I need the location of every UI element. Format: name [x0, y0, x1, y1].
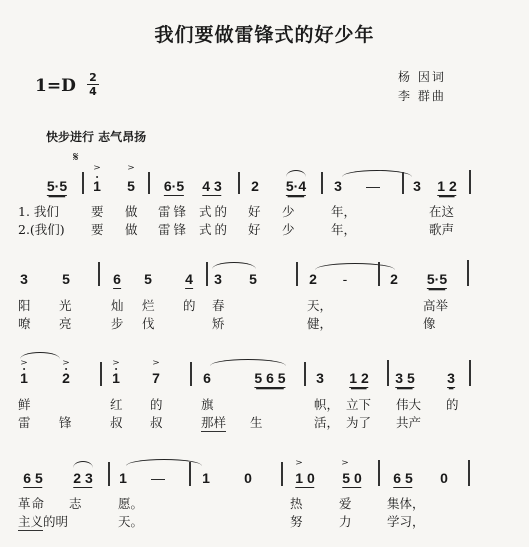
- slur: [73, 461, 93, 468]
- note: 1 2: [437, 178, 456, 196]
- note: 2: [390, 271, 398, 287]
- lyric: 伐: [142, 314, 155, 332]
- tempo-marking: 快步进行 志气昂扬: [46, 128, 146, 145]
- lyric: 灿: [111, 296, 124, 314]
- barline: [469, 360, 471, 386]
- lyric: 健，: [307, 314, 332, 332]
- note: 5·5: [47, 178, 67, 196]
- time-denominator: 4: [87, 85, 99, 98]
- barline: [82, 172, 84, 194]
- note: 6: [113, 271, 121, 289]
- lyric: 嘹: [18, 314, 31, 332]
- note: 2: [309, 271, 317, 287]
- time-numerator: 2: [87, 71, 99, 85]
- accent-icon: >: [295, 459, 303, 468]
- note: 5: [62, 271, 70, 287]
- slur: [286, 170, 306, 177]
- note: 3: [316, 370, 324, 386]
- lyric: 的明: [43, 512, 68, 530]
- barline: [281, 462, 283, 486]
- lyric: 的: [183, 296, 196, 314]
- note: 5 0: [342, 470, 361, 488]
- note: 3 5: [395, 370, 414, 388]
- lyric: 像: [423, 314, 436, 332]
- lyric: 步: [111, 314, 124, 332]
- lyric: 好: [248, 202, 261, 220]
- barline: [100, 362, 102, 386]
- lyric: 学习，: [387, 512, 425, 530]
- lyric: 鲜: [18, 395, 31, 413]
- note-text: 2: [62, 370, 70, 386]
- barline: [467, 260, 469, 286]
- lyric: 的: [150, 395, 163, 413]
- note: 0: [440, 470, 448, 486]
- lyric: 力: [339, 512, 352, 530]
- lyric: 式的: [199, 220, 230, 238]
- accent-icon: >: [152, 359, 160, 368]
- lyric: 天，: [307, 296, 332, 314]
- barline: [296, 262, 298, 286]
- note: 4 3: [202, 178, 221, 196]
- lyric: 阳: [18, 296, 31, 314]
- barline: [190, 362, 192, 386]
- note: 3: [447, 370, 455, 388]
- note: 1: [112, 370, 120, 386]
- lyric: 少: [282, 202, 295, 220]
- lyric: 旗: [201, 395, 214, 413]
- lyric: 光: [59, 296, 72, 314]
- barline: [238, 172, 240, 194]
- note: 4: [185, 271, 193, 289]
- note: 5·5: [427, 271, 447, 289]
- barline: [469, 170, 471, 194]
- note-text: 6·5: [164, 178, 184, 194]
- lyricist-credit: 杨 因词: [398, 68, 446, 85]
- lyric: 的: [446, 395, 459, 413]
- note: 6 5: [23, 470, 42, 488]
- barline: [148, 172, 150, 194]
- accent-icon: >: [112, 359, 120, 368]
- lyric: 1. 我们: [18, 202, 59, 220]
- lyric: 烂: [142, 296, 155, 314]
- segno-icon: 𝄋: [73, 150, 79, 165]
- barline: [402, 172, 404, 194]
- note: 1 2: [349, 370, 368, 388]
- lyric: 帜，: [314, 395, 339, 413]
- note: 2: [62, 370, 70, 386]
- lyric: 雷锋: [158, 220, 189, 238]
- slur: [212, 262, 256, 269]
- note-extend: —: [151, 470, 165, 486]
- lyric: 共产: [396, 413, 421, 431]
- lyric: 立下: [346, 395, 371, 413]
- lyric: 愿。: [118, 494, 143, 512]
- lyric: 生: [250, 413, 263, 431]
- barline: [468, 460, 470, 486]
- lyric: 要: [91, 220, 104, 238]
- barline: [378, 460, 380, 486]
- lyric: 天。: [118, 512, 143, 530]
- lyric: 式的: [199, 202, 230, 220]
- lyric: 少: [282, 220, 295, 238]
- accent-icon: >: [20, 359, 28, 368]
- note-text: 1 0: [295, 470, 314, 486]
- time-signature: 2 4: [87, 71, 99, 98]
- lyric: 高举: [423, 296, 448, 314]
- lyric: 锋: [59, 413, 72, 431]
- note: 5 6 5: [254, 370, 285, 388]
- note: 7: [152, 370, 160, 386]
- tie: [126, 459, 202, 466]
- lyric: 要: [91, 202, 104, 220]
- lyric: 矫: [212, 314, 225, 332]
- lyric: 那样: [201, 413, 226, 432]
- note: 6: [203, 370, 211, 386]
- barline: [304, 362, 306, 386]
- lyric: 爱: [339, 494, 352, 512]
- key-signature: 1=D: [35, 76, 76, 96]
- lyric: 主义: [18, 512, 43, 531]
- note-text: 1: [93, 178, 101, 194]
- note: 5: [249, 271, 257, 287]
- lyric: 热: [290, 494, 303, 512]
- lyric: 年，: [331, 220, 356, 238]
- lyric: 年，: [331, 202, 356, 220]
- lyric: 歌声: [429, 220, 454, 238]
- lyric: 叔: [150, 413, 163, 431]
- barline: [189, 462, 191, 486]
- note: 5·4: [286, 178, 306, 196]
- tie: [315, 263, 395, 270]
- accent-icon: >: [93, 164, 101, 173]
- accent-icon: >: [127, 164, 135, 173]
- barline: [206, 262, 208, 286]
- lyric: 红: [110, 395, 123, 413]
- slur: [210, 359, 286, 366]
- note: 1: [119, 470, 127, 486]
- barline: [387, 360, 389, 386]
- note-extend: —: [366, 178, 380, 194]
- lyric: 活，: [314, 413, 339, 431]
- note-text: 1: [112, 370, 120, 386]
- barline: [108, 462, 110, 486]
- note: 1: [20, 370, 28, 386]
- note: 1: [202, 470, 210, 486]
- note: 2: [251, 178, 259, 194]
- lyric: 好: [248, 220, 261, 238]
- lyric: 为了: [346, 413, 371, 431]
- lyric: 伟大: [396, 395, 421, 413]
- barline: [98, 262, 100, 286]
- lyric: 集体，: [387, 494, 425, 512]
- accent-icon: >: [62, 359, 70, 368]
- song-title: 我们要做雷锋式的好少年: [0, 20, 529, 47]
- note: 1: [93, 178, 101, 194]
- note: 5: [144, 271, 152, 287]
- lyric: 叔: [110, 413, 123, 431]
- note: 2 3: [73, 470, 92, 488]
- lyric: 春: [212, 296, 225, 314]
- note: 5: [127, 178, 135, 194]
- lyric: 2.(我们): [18, 220, 65, 238]
- lyric: 志: [69, 494, 82, 512]
- note-extend: -: [343, 271, 348, 287]
- lyric: 努: [290, 512, 303, 530]
- lyric: 做: [125, 220, 138, 238]
- note: 3: [413, 178, 421, 194]
- note: 6·5: [164, 178, 184, 196]
- lyric: 革命: [18, 494, 45, 512]
- lyric: 雷: [18, 413, 31, 431]
- note: 1 0: [295, 470, 314, 488]
- barline: [378, 262, 380, 286]
- note: 0: [244, 470, 252, 486]
- note: 3: [214, 271, 222, 287]
- lyric: 在这: [429, 202, 454, 220]
- composer-credit: 李 群曲: [398, 87, 446, 104]
- lyric: 亮: [59, 314, 72, 332]
- accent-icon: >: [341, 459, 349, 468]
- barline: [321, 172, 323, 194]
- lyric: 做: [125, 202, 138, 220]
- lyric: 雷锋: [158, 202, 189, 220]
- note: 3: [334, 178, 342, 194]
- note: 6 5: [393, 470, 412, 488]
- note: 3: [20, 271, 28, 287]
- note-text: 1: [20, 370, 28, 386]
